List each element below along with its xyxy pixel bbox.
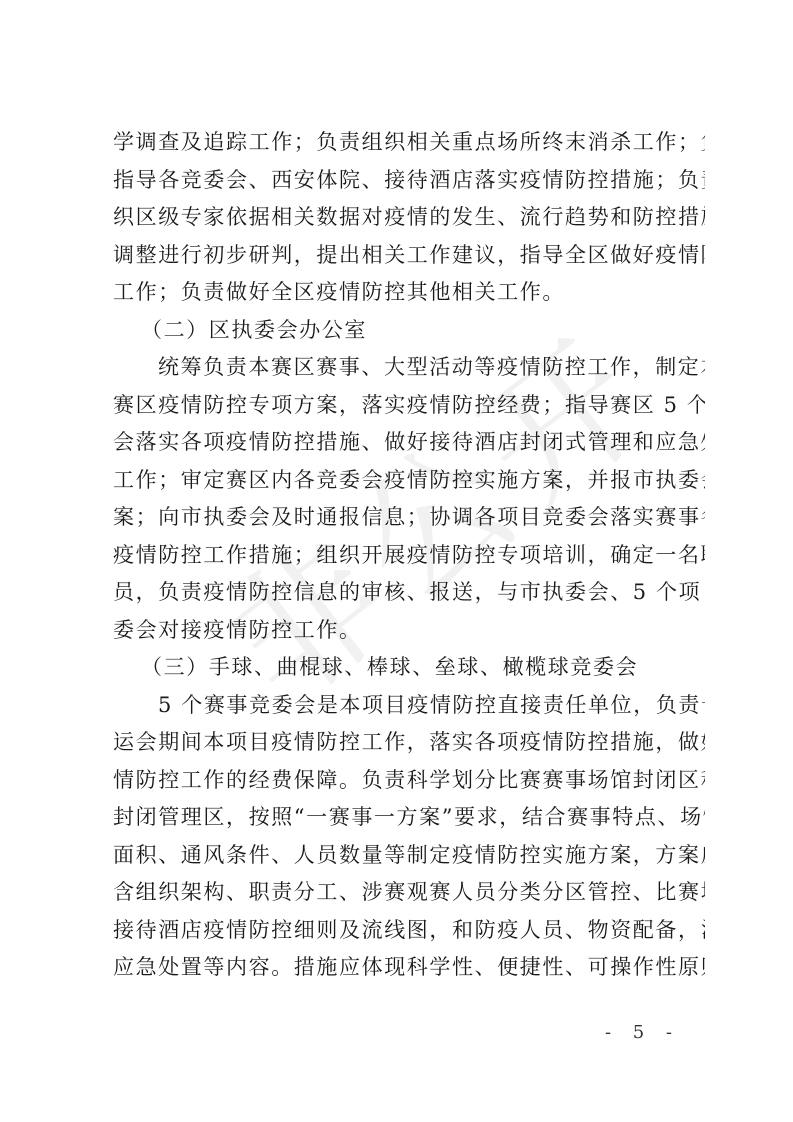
text-line: 指导各竞委会、西安体院、接待酒店落实疫情防控措施；负责组 (113, 162, 705, 200)
section-heading-2: （二）区执委会办公室 (113, 312, 705, 350)
document-body: 学调查及追踪工作；负责组织相关重点场所终末消杀工作；负责 指导各竞委会、西安体院… (113, 124, 705, 987)
text-line: 工作；审定赛区内各竞委会疫情防控实施方案，并报市执委会备 (113, 462, 705, 500)
text-line: 面积、通风条件、人员数量等制定疫情防控实施方案，方案应包 (113, 837, 705, 875)
section-heading-3: （三）手球、曲棍球、棒球、垒球、橄榄球竞委会 (113, 649, 705, 687)
text-line: 学调查及追踪工作；负责组织相关重点场所终末消杀工作；负责 (113, 124, 705, 162)
text-line: 含组织架构、职责分工、涉赛观赛人员分类分区管控、比赛场馆、 (113, 874, 705, 912)
text-line: 统筹负责本赛区赛事、大型活动等疫情防控工作，制定本 (113, 349, 705, 387)
text-line: 5 个赛事竞委会是本项目疫情防控直接责任单位，负责十四 (113, 687, 705, 725)
text-line: 会落实各项疫情防控措施、做好接待酒店封闭式管理和应急处置 (113, 424, 705, 462)
text-line: 案；向市执委会及时通报信息；协调各项目竞委会落实赛事各项 (113, 499, 705, 537)
text-line: 情防控工作的经费保障。负责科学划分比赛赛事场馆封闭区和非 (113, 762, 705, 800)
text-line: 调整进行初步研判，提出相关工作建议，指导全区做好疫情防控 (113, 237, 705, 275)
text-line: 织区级专家依据相关数据对疫情的发生、流行趋势和防控措施的 (113, 199, 705, 237)
paragraph-3: 5 个赛事竞委会是本项目疫情防控直接责任单位，负责十四 运会期间本项目疫情防控工… (113, 687, 705, 987)
text-line: 接待酒店疫情防控细则及流线图，和防疫人员、物资配备，消毒、 (113, 912, 705, 950)
document-page: 非公开 学调查及追踪工作；负责组织相关重点场所终末消杀工作；负责 指导各竞委会、… (0, 0, 793, 1122)
page-number: - 5 - (605, 1022, 680, 1043)
text-line: 工作；负责做好全区疫情防控其他相关工作。 (113, 274, 705, 312)
text-line: 应急处置等内容。措施应体现科学性、便捷性、可操作性原则， (113, 949, 705, 987)
text-line: 员，负责疫情防控信息的审核、报送，与市执委会、5 个项目竞 (113, 574, 705, 612)
paragraph-2: 统筹负责本赛区赛事、大型活动等疫情防控工作，制定本 赛区疫情防控专项方案，落实疫… (113, 349, 705, 649)
text-line: 封闭管理区，按照“一赛事一方案”要求，结合赛事特点、场馆 (113, 799, 705, 837)
text-line: 赛区疫情防控专项方案，落实疫情防控经费；指导赛区 5 个竞委 (113, 387, 705, 425)
text-line: 运会期间本项目疫情防控工作，落实各项疫情防控措施，做好疫 (113, 724, 705, 762)
text-line: 疫情防控工作措施；组织开展疫情防控专项培训，确定一名联络 (113, 537, 705, 575)
text-line: 委会对接疫情防控工作。 (113, 612, 705, 650)
paragraph-1: 学调查及追踪工作；负责组织相关重点场所终末消杀工作；负责 指导各竞委会、西安体院… (113, 124, 705, 312)
